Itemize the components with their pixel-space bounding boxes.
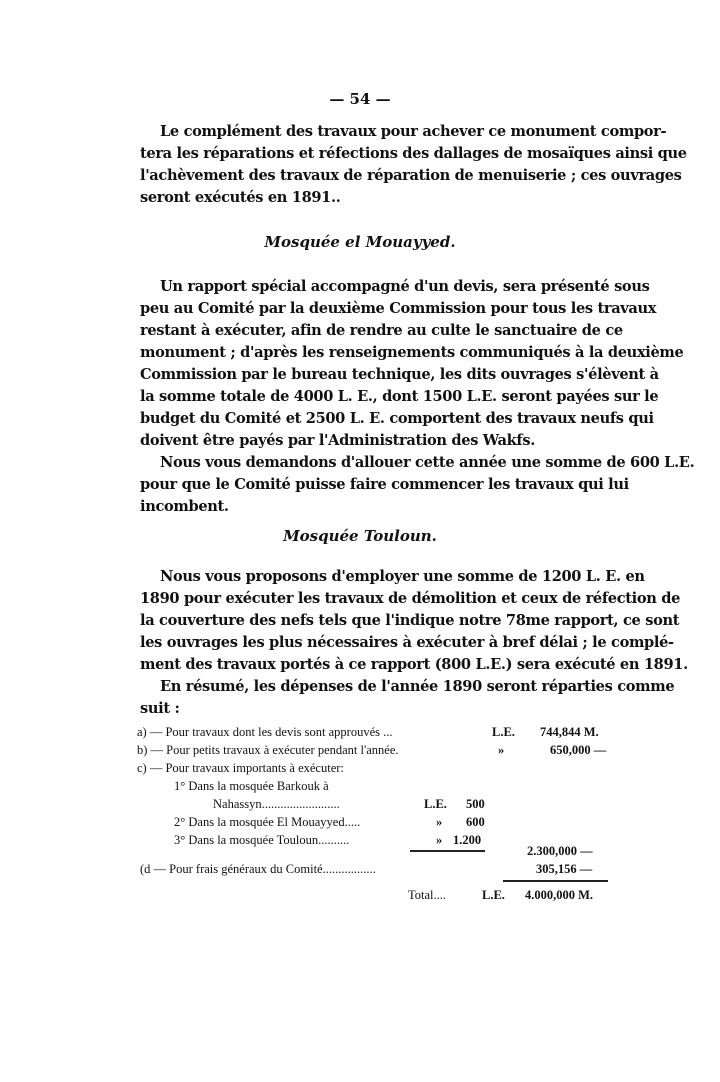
row-c1-label: 1° Dans la mosquée Barkouk à: [174, 777, 329, 795]
total-unit: L.E.: [482, 886, 505, 904]
paragraph-line: tera les réparations et réfections des d…: [140, 143, 608, 165]
paragraph-line: l'achèvement des travaux de réparation d…: [140, 165, 608, 187]
paragraph-line: restant à exécuter, afin de rendre au cu…: [140, 320, 608, 342]
row-c-label: c) — Pour travaux importants à exécuter:: [137, 759, 344, 777]
row-a-amount: 744,844 M.: [540, 723, 599, 741]
row-b-unit: »: [498, 741, 504, 759]
paragraph-line: incombent.: [140, 496, 608, 518]
row-c3-amount: 1.200: [453, 831, 481, 849]
paragraph-line: les ouvrages les plus nécessaires à exéc…: [140, 632, 608, 654]
row-c1-unit: L.E.: [424, 795, 447, 813]
paragraph-line: seront exécutés en 1891..: [140, 187, 608, 209]
paragraph-line: Commission par le bureau technique, les …: [140, 364, 608, 386]
paragraph-line: doivent être payés par l'Administration …: [140, 430, 608, 452]
total-label: Total....: [408, 886, 446, 904]
subtotal-rule: [410, 850, 485, 852]
paragraph-line: la somme totale de 4000 L. E., dont 1500…: [140, 386, 608, 408]
row-c1-label-cont: Nahassyn.........................: [213, 795, 340, 813]
total-amount: 4.000,000 M.: [525, 886, 593, 904]
section-heading: Mosquée el Mouayyed.: [0, 233, 720, 251]
section-heading: Mosquée Touloun.: [0, 527, 720, 545]
total-rule: [503, 880, 608, 882]
row-c3-label: 3° Dans la mosquée Touloun..........: [174, 831, 349, 849]
row-a-unit: L.E.: [492, 723, 515, 741]
row-c2-amount: 600: [466, 813, 485, 831]
row-a-label: a) — Pour travaux dont les devis sont ap…: [137, 723, 393, 741]
paragraph-line: 1890 pour exécuter les travaux de démoli…: [140, 588, 608, 610]
paragraph-line: la couverture des nefs tels que l'indiqu…: [140, 610, 608, 632]
row-c2-label: 2° Dans la mosquée El Mouayyed.....: [174, 813, 360, 831]
row-c1-amount: 500: [466, 795, 485, 813]
paragraph-line: Un rapport spécial accompagné d'un devis…: [160, 276, 608, 298]
row-d-label: (d — Pour frais généraux du Comité......…: [140, 860, 376, 878]
paragraph-line: En résumé, les dépenses de l'année 1890 …: [160, 676, 608, 698]
paragraph-line: Nous vous demandons d'allouer cette anné…: [160, 452, 608, 474]
row-d-amount: 305,156 —: [536, 860, 592, 878]
paragraph-line: pour que le Comité puisse faire commence…: [140, 474, 608, 496]
paragraph-line: ment des travaux portés à ce rapport (80…: [140, 654, 608, 676]
paragraph-line: monument ; d'après les renseignements co…: [140, 342, 608, 364]
paragraph-line: budget du Comité et 2500 L. E. comporten…: [140, 408, 608, 430]
paragraph-line: peu au Comité par la deuxième Commission…: [140, 298, 608, 320]
row-c3-unit: »: [436, 831, 442, 849]
paragraph-line: suit :: [140, 698, 608, 720]
row-c2-unit: »: [436, 813, 442, 831]
row-b-amount: 650,000 —: [550, 741, 606, 759]
page-number: — 54 —: [0, 90, 720, 108]
row-b-label: b) — Pour petits travaux à exécuter pend…: [137, 741, 399, 759]
paragraph-line: Le complément des travaux pour achever c…: [160, 121, 608, 143]
row-c-total: 2.300,000 —: [527, 842, 593, 860]
paragraph-line: Nous vous proposons d'employer une somme…: [160, 566, 608, 588]
